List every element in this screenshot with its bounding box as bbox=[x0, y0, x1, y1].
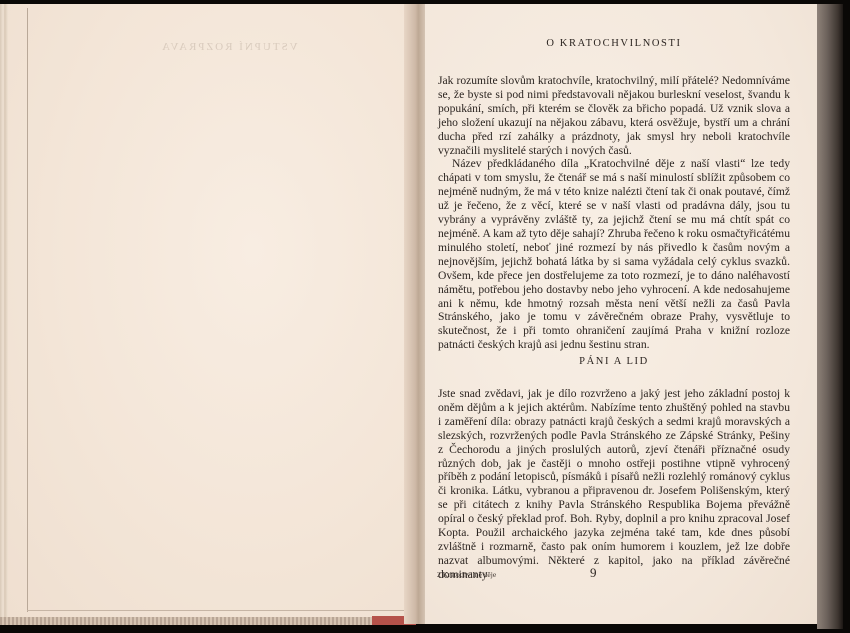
show-through-text: VSTUPNÍ ROZPRAVA bbox=[160, 41, 298, 53]
book-bottom-edge bbox=[0, 617, 410, 625]
left-page: VSTUPNÍ ROZPRAVA bbox=[8, 4, 416, 618]
section-title-o-kratochvilnosti: O KRATOCHVILNOSTI bbox=[438, 38, 790, 49]
section-title-pani-a-lid: PÁNI A LID bbox=[438, 356, 790, 367]
right-page-shadow bbox=[817, 4, 843, 629]
signature-mark: 2 Kratochvilné děje bbox=[437, 570, 496, 579]
paragraph: Jak rozumíte slovům kratochvíle, kratoch… bbox=[438, 74, 790, 157]
section-body-o-kratochvilnosti: Jak rozumíte slovům kratochvíle, kratoch… bbox=[438, 74, 790, 352]
page-number: 9 bbox=[590, 565, 597, 581]
paragraph: Název předkládaného díla „Kratochvilné d… bbox=[438, 157, 790, 352]
book-page-edges bbox=[0, 4, 8, 624]
paragraph: Jste snad zvědavi, jak je dílo rozvrženo… bbox=[438, 387, 790, 582]
left-page-bottom-line bbox=[27, 610, 412, 611]
section-body-pani-a-lid: Jste snad zvědavi, jak je dílo rozvrženo… bbox=[438, 387, 790, 582]
left-page-border-line bbox=[27, 8, 28, 612]
